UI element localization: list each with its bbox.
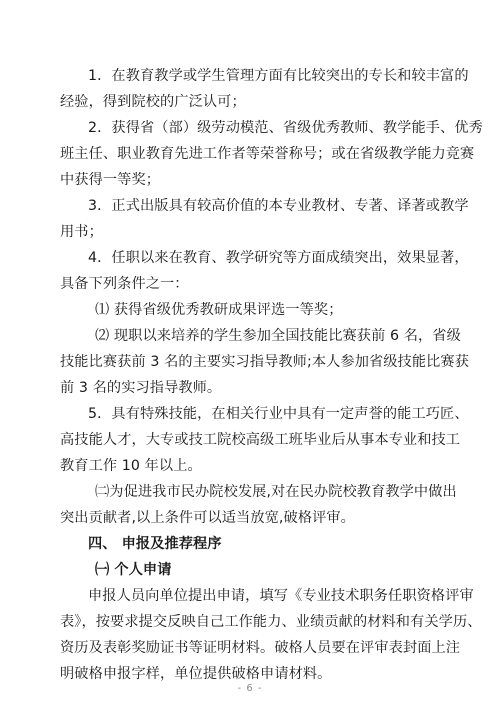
text-line: 前 3 名的实习指导教师。 (60, 375, 440, 401)
text-line: 班主任、职业教育先进工作者等荣誉称号；或在省级教学能力竞赛 (60, 141, 440, 167)
text-line: 用书； (60, 219, 440, 245)
text-line: 4．任职以来在教育、教学研究等方面成绩突出，效果显著， (88, 245, 440, 271)
text-line: 资历及表彰奖励证书等证明材料。破格人员要在评审表封面上注 (60, 635, 440, 661)
text-line: 具备下列条件之一： (60, 271, 440, 297)
text-line: 技能比赛获前 3 名的主要实习指导教师;本人参加省级技能比赛获 (60, 349, 440, 375)
document-page: 1．在教育教学或学生管理方面有比较突出的专长和较丰富的经验，得到院校的广泛认可；… (0, 0, 500, 706)
text-line: 教育工作 10 年以上。 (60, 453, 440, 479)
text-line: 3．正式出版具有较高价值的本专业教材、专著、译著或教学 (88, 193, 440, 219)
page-number: - 6 - (0, 683, 500, 694)
text-line: ⑵ 现职以来培养的学生参加全国技能比赛获前 6 名，省级 (95, 323, 440, 349)
section-heading: ㈠ 个人申请 (95, 557, 440, 583)
text-line: 突出贡献者,以上条件可以适当放宽,破格评审。 (60, 505, 440, 531)
section-heading: 四、 申报及推荐程序 (88, 531, 440, 557)
text-line: 2．获得省（部）级劳动模范、省级优秀教师、教学能手、优秀 (88, 115, 440, 141)
text-line: 申报人员向单位提出申请，填写《专业技术职务任职资格评审 (88, 583, 440, 609)
text-line: 经验，得到院校的广泛认可； (60, 89, 440, 115)
text-line: ㈡为促进我市民办院校发展,对在民办院校教育教学中做出 (95, 479, 440, 505)
text-line: 表》，按要求提交反映自己工作能力、业绩贡献的材料和有关学历、 (60, 609, 440, 635)
text-line: ⑴ 获得省级优秀教研成果评选一等奖； (95, 297, 440, 323)
text-line: 5．具有特殊技能，在相关行业中具有一定声誉的能工巧匠、 (88, 401, 440, 427)
text-line: 高技能人才，大专或技工院校高级工班毕业后从事本专业和技工 (60, 427, 440, 453)
text-line: 1．在教育教学或学生管理方面有比较突出的专长和较丰富的 (88, 63, 440, 89)
text-line: 中获得一等奖； (60, 167, 440, 193)
